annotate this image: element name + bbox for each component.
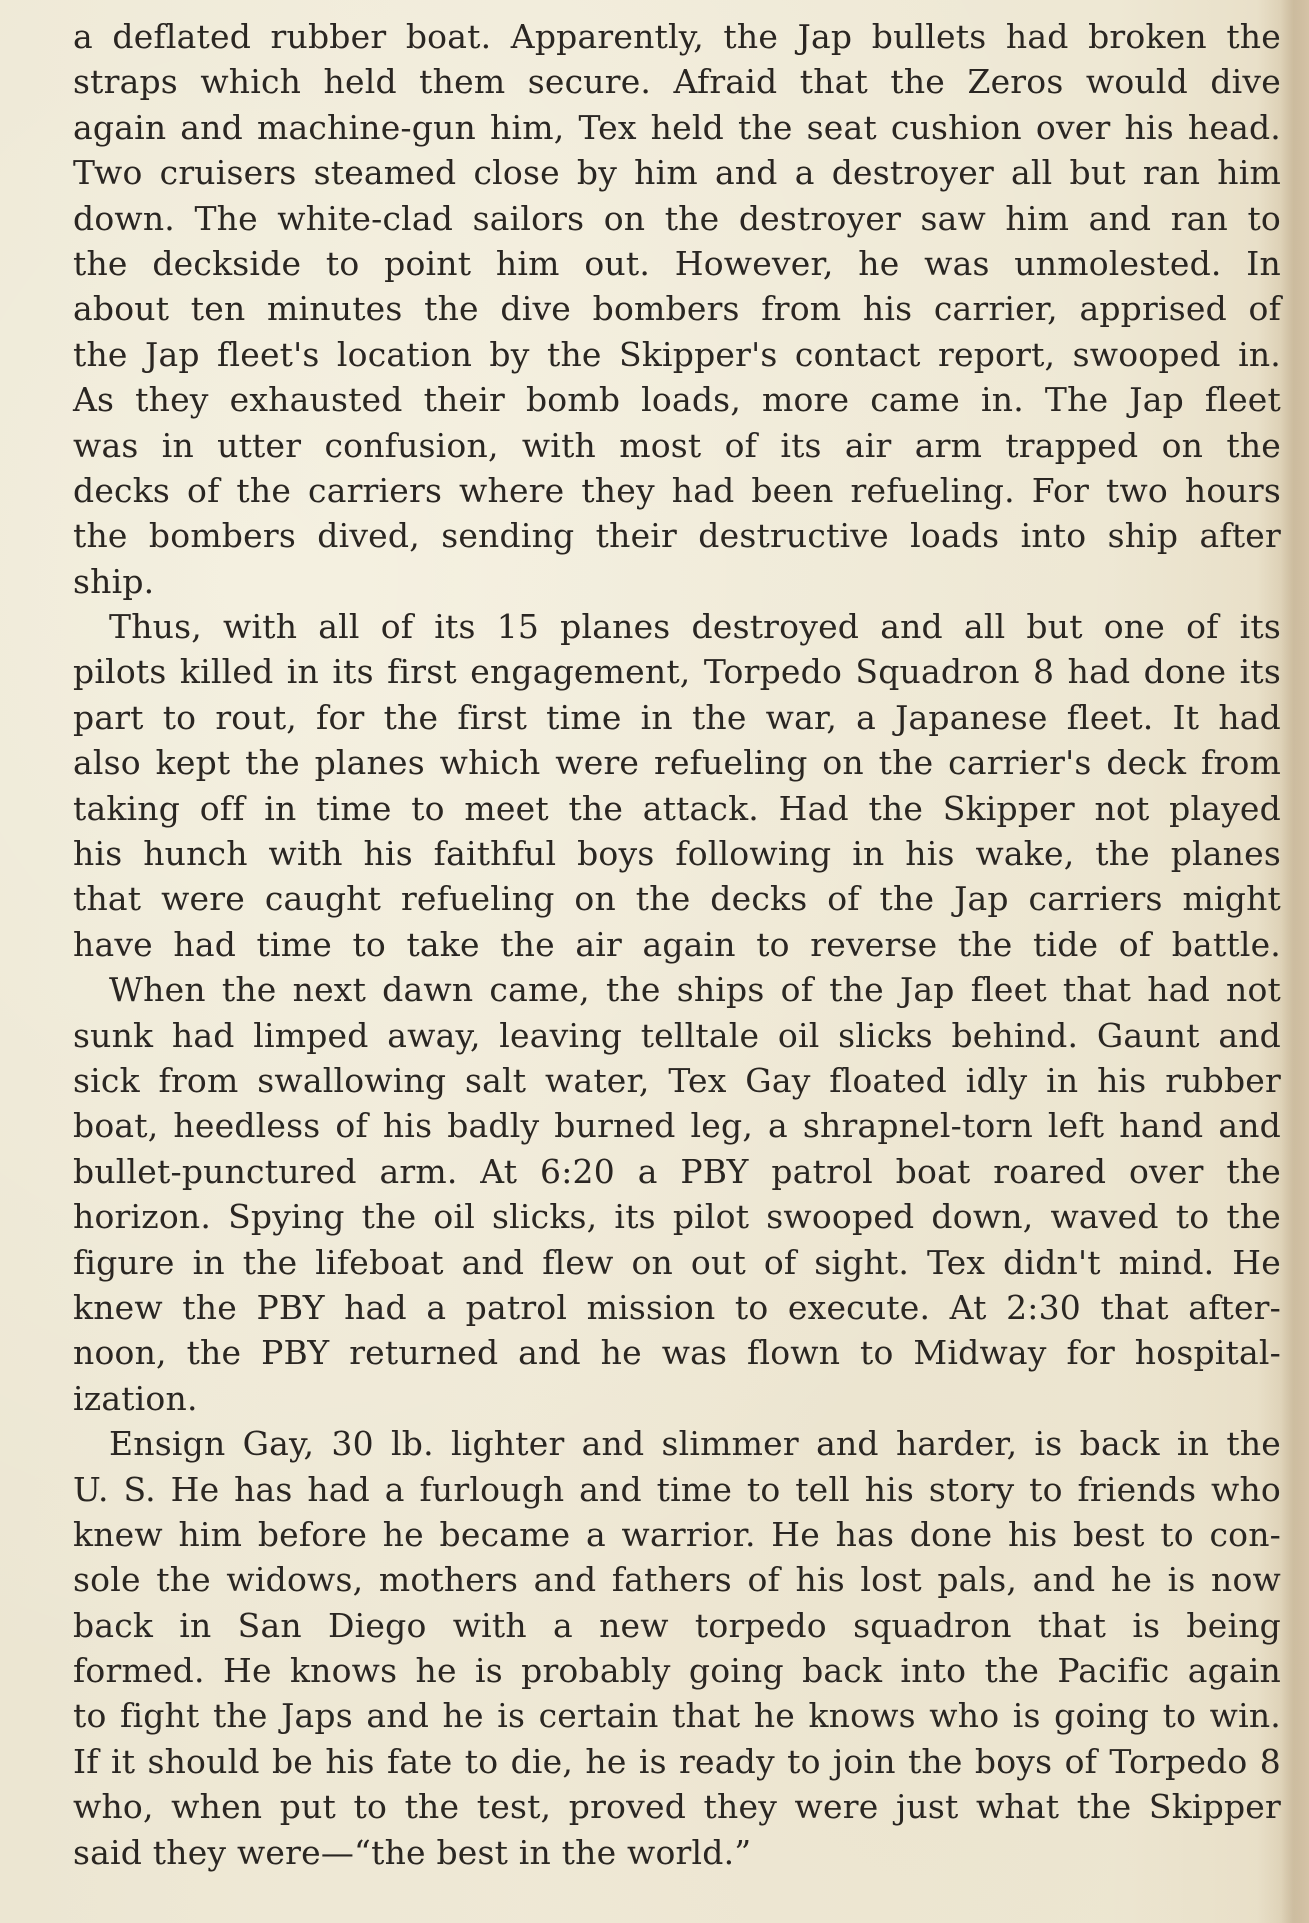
text-line: who, when put to the test, proved they w…	[73, 1784, 1281, 1829]
text-line: a deflated rubber boat. Apparently, the …	[73, 14, 1281, 59]
text-line: the bombers dived, sending their destruc…	[73, 513, 1281, 558]
text-line: If it should be his fate to die, he is r…	[73, 1739, 1281, 1784]
text-line: U. S. He has had a furlough and time to …	[73, 1467, 1281, 1512]
text-line: that were caught refueling on the decks …	[73, 876, 1281, 921]
text-line: figure in the lifeboat and flew on out o…	[73, 1240, 1281, 1285]
text-line: taking off in time to meet the attack. H…	[73, 786, 1281, 831]
text-line: As they exhausted their bomb loads, more…	[73, 377, 1281, 422]
text-line: noon, the PBY returned and he was flown …	[73, 1330, 1281, 1375]
text-line: formed. He knows he is probably going ba…	[73, 1648, 1281, 1693]
text-line: about ten minutes the dive bombers from …	[73, 286, 1281, 331]
text-line: the deckside to point him out. However, …	[73, 241, 1281, 286]
text-line: ship.	[73, 559, 1281, 604]
text-line: Ensign Gay, 30 lb. lighter and slimmer a…	[73, 1421, 1281, 1466]
paragraph-2: Thus, with all of its 15 planes destroye…	[73, 604, 1281, 967]
text-line: said they were—“the best in the world.”	[73, 1830, 1281, 1875]
text-line: sole the widows, mothers and fathers of …	[73, 1557, 1281, 1602]
paragraph-1: a deflated rubber boat. Apparently, the …	[73, 14, 1281, 604]
text-line: to fight the Japs and he is certain that…	[73, 1693, 1281, 1738]
paragraph-3: When the next dawn came, the ships of th…	[73, 967, 1281, 1421]
text-line: was in utter confusion, with most of its…	[73, 423, 1281, 468]
text-line: pilots killed in its first engagement, T…	[73, 649, 1281, 694]
text-line: straps which held them secure. Afraid th…	[73, 59, 1281, 104]
paragraph-4: Ensign Gay, 30 lb. lighter and slimmer a…	[73, 1421, 1281, 1875]
text-line: decks of the carriers where they had bee…	[73, 468, 1281, 513]
text-line: horizon. Spying the oil slicks, its pilo…	[73, 1194, 1281, 1239]
text-line: sick from swallowing salt water, Tex Gay…	[73, 1058, 1281, 1103]
text-line: also kept the planes which were refuelin…	[73, 740, 1281, 785]
text-line: knew him before he became a warrior. He …	[73, 1512, 1281, 1557]
text-line: the Jap fleet's location by the Skipper'…	[73, 332, 1281, 377]
text-line: part to rout, for the first time in the …	[73, 695, 1281, 740]
text-line: Thus, with all of its 15 planes destroye…	[73, 604, 1281, 649]
book-page-text: a deflated rubber boat. Apparently, the …	[73, 14, 1281, 1875]
text-line: boat, heedless of his badly burned leg, …	[73, 1103, 1281, 1148]
text-line: knew the PBY had a patrol mission to exe…	[73, 1285, 1281, 1330]
text-line: sunk had limped away, leaving telltale o…	[73, 1013, 1281, 1058]
text-line: again and machine-gun him, Tex held the …	[73, 105, 1281, 150]
text-line: When the next dawn came, the ships of th…	[73, 967, 1281, 1012]
text-line: Two cruisers steamed close by him and a …	[73, 150, 1281, 195]
page-gutter-shadow	[1281, 0, 1309, 1923]
text-line: his hunch with his faithful boys followi…	[73, 831, 1281, 876]
text-line: bullet-punctured arm. At 6:20 a PBY patr…	[73, 1149, 1281, 1194]
text-line: down. The white-clad sailors on the dest…	[73, 196, 1281, 241]
text-line: back in San Diego with a new torpedo squ…	[73, 1603, 1281, 1648]
text-line: have had time to take the air again to r…	[73, 922, 1281, 967]
text-line: ization.	[73, 1376, 1281, 1421]
